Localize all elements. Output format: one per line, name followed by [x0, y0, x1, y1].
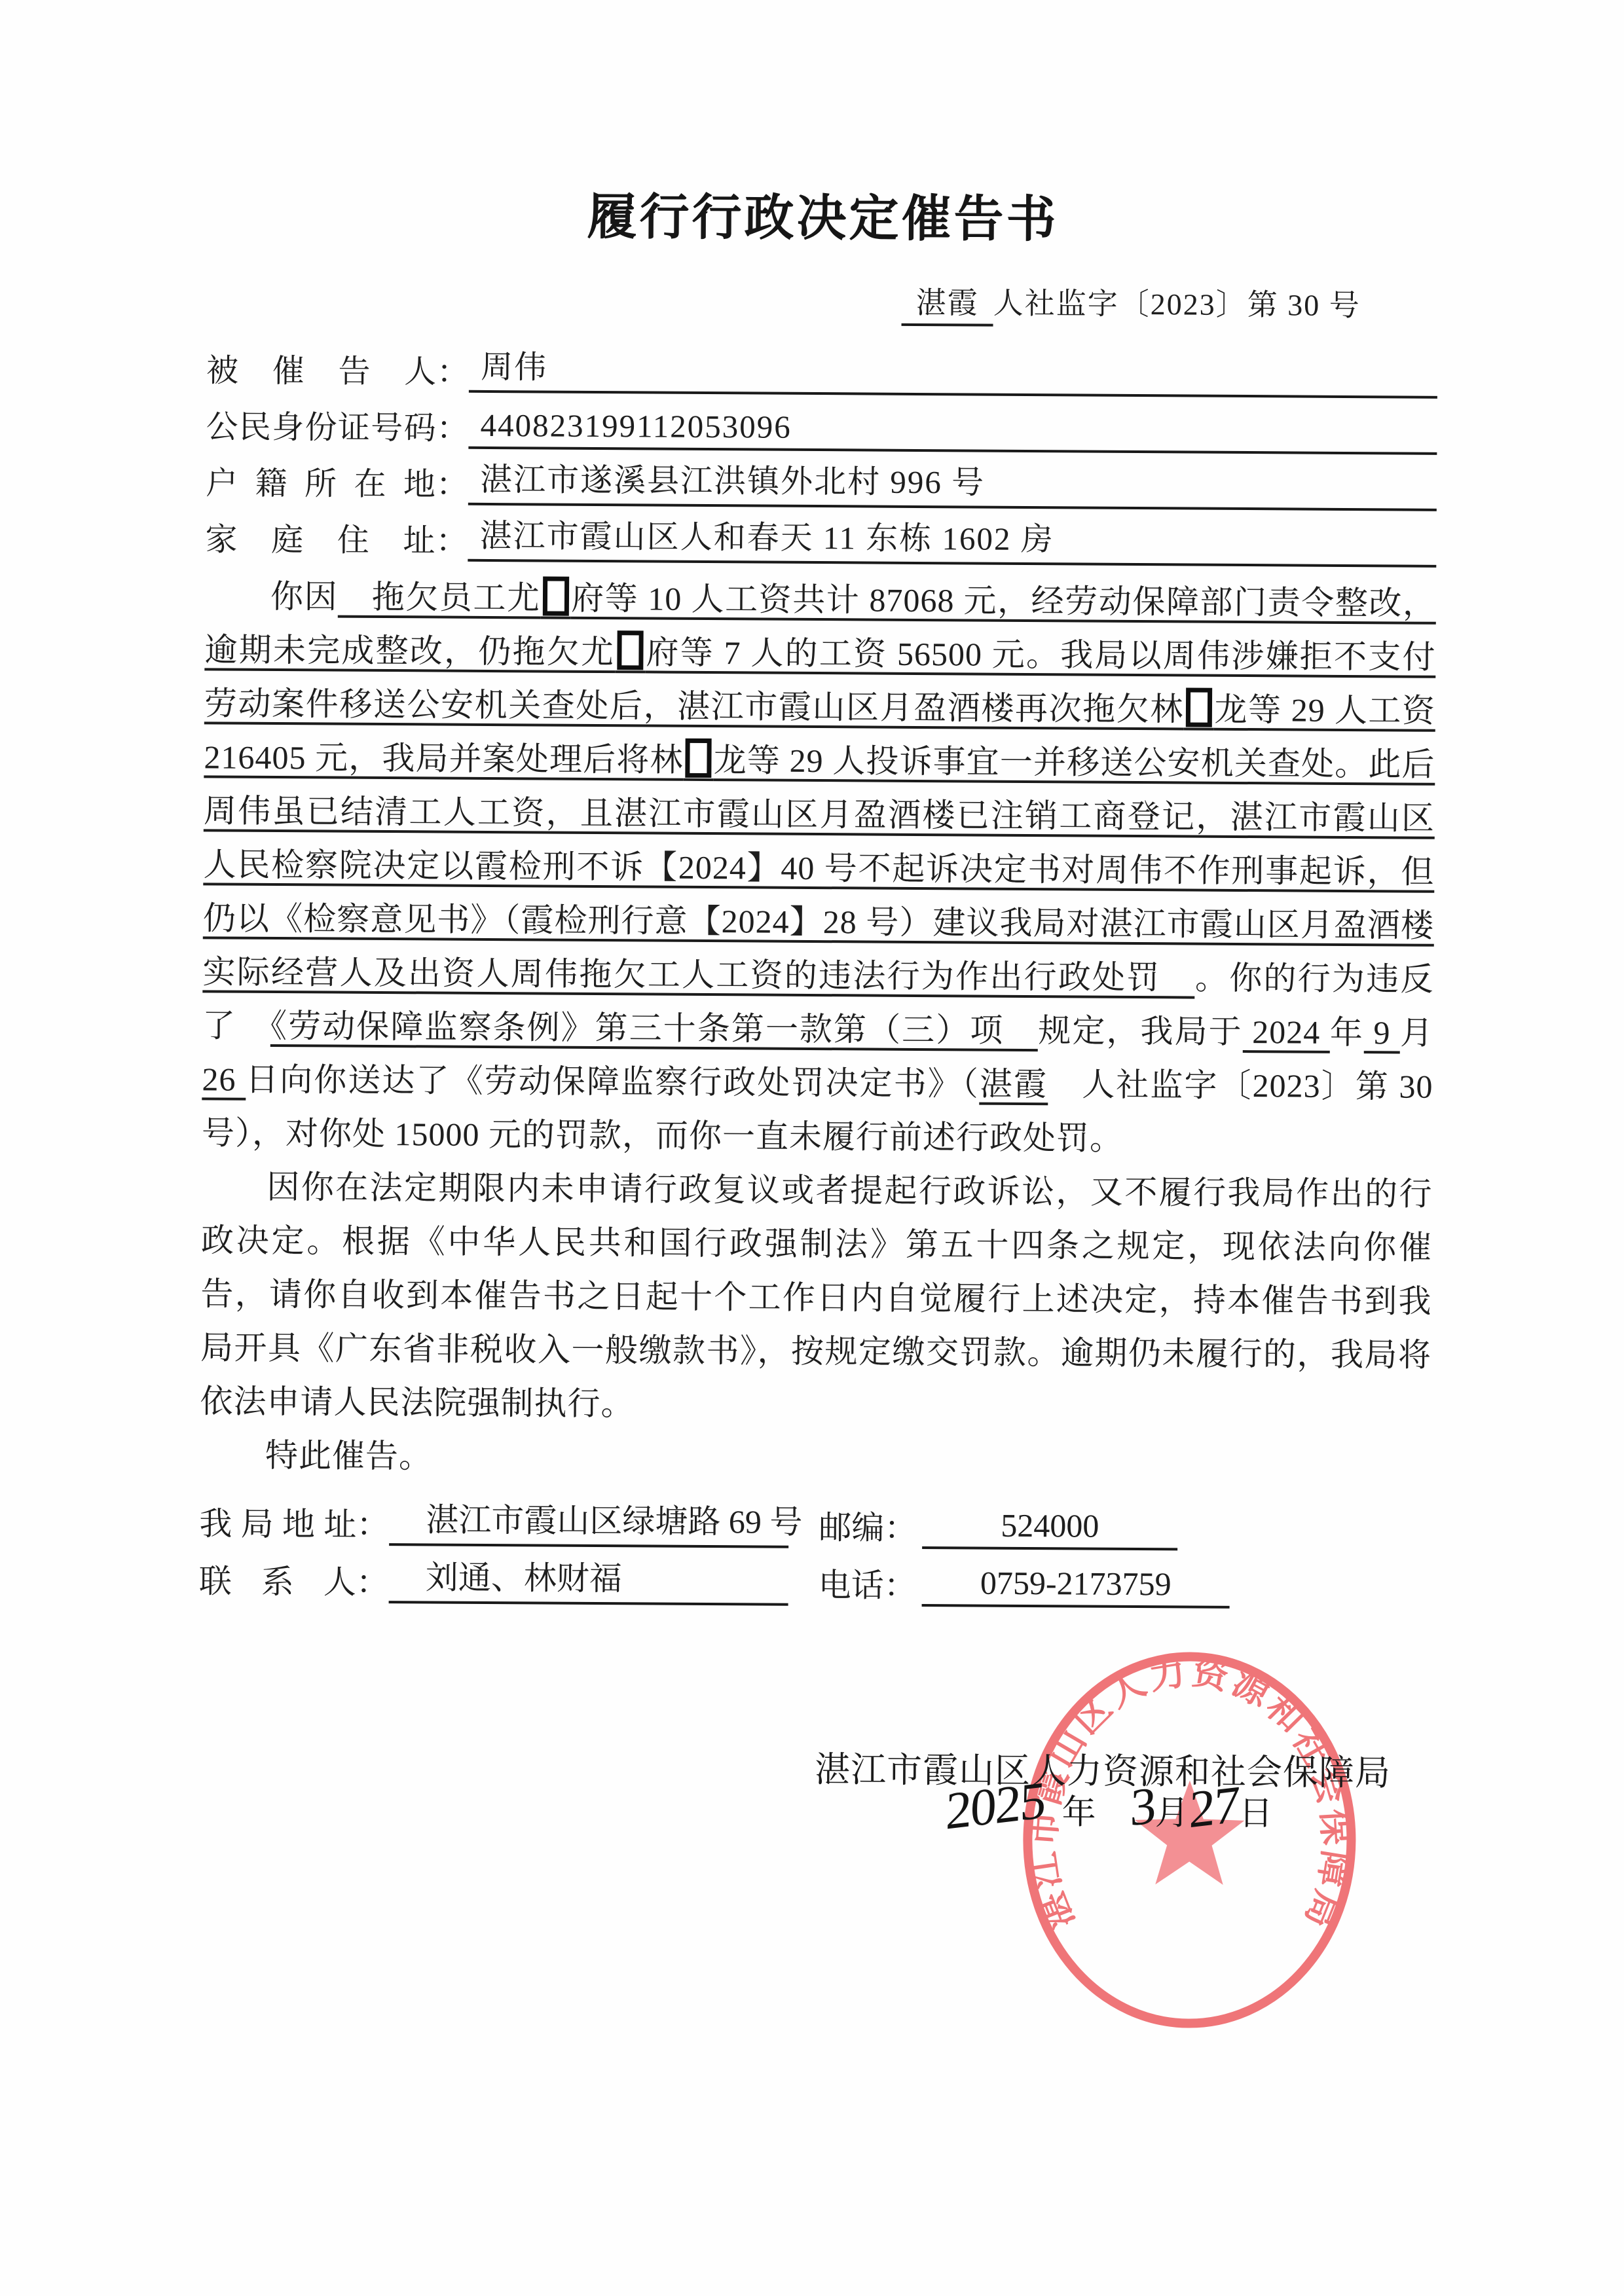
field-row-registered-residence: 户籍所在地： 湛江市遂溪县江洪镇外北村 996 号: [206, 447, 1437, 511]
underlined-text: 2024: [1243, 1013, 1330, 1053]
scanned-sheet: 履行行政决定催告书 湛霞人社监字〔2023〕第 30 号 被催告人： 周伟 公民…: [0, 0, 1624, 2296]
contact-person-label: 联系人: [199, 1555, 356, 1603]
field-label: 公民身份证号码: [206, 401, 436, 448]
handwritten-day: 27: [1189, 1781, 1239, 1833]
plain-text: 年: [1330, 1014, 1364, 1051]
field-colon: ：: [437, 346, 469, 392]
contact-block: 我局地址： 湛江市霞山区绿塘路 69 号 邮编： 524000 联系人： 刘通、…: [199, 1487, 1431, 1609]
contact-person-row: 联系人： 刘通、林财福 电话： 0759-2173759: [199, 1544, 1431, 1609]
postcode-value: 524000: [922, 1506, 1177, 1550]
closing-statement: 特此催告。: [200, 1428, 1431, 1489]
plain-text: 日向你送达了《劳动保障监察行政处罚决定书》（: [246, 1061, 980, 1102]
field-row-home-address: 家庭住址： 湛江市霞山区人和春天 11 东栋 1602 房: [205, 503, 1436, 567]
redaction-box: [542, 576, 568, 615]
phone-value: 0759-2173759: [922, 1563, 1230, 1609]
official-seal: 湛江市霞山区人力资源和社会保障局: [1015, 1646, 1365, 2041]
office-address-row: 我局地址： 湛江市霞山区绿塘路 69 号 邮编： 524000: [199, 1487, 1431, 1552]
document-number-rest: 人社监字〔2023〕第 30 号: [993, 287, 1361, 322]
field-colon: ：: [435, 515, 468, 561]
document-number-prefix: 湛霞: [902, 286, 993, 327]
plain-text: 规定，我局于: [1038, 1012, 1243, 1050]
contact-person-colon: ：: [356, 1556, 389, 1603]
document-title: 履行行政决定催告书: [207, 174, 1439, 253]
field-label: 户籍所在地: [206, 458, 436, 505]
handwritten-month: 3: [1130, 1783, 1155, 1832]
phone-label: 电话：: [788, 1559, 922, 1607]
plain-text: 你因: [270, 578, 338, 615]
office-address-value: 湛江市霞山区绿塘路 69 号: [389, 1493, 788, 1548]
underlined-text: 《劳动保障监察条例》第三十条第一款第（三）项: [270, 1008, 1039, 1051]
redacted-text: [683, 742, 713, 781]
redacted-text: [1184, 691, 1214, 730]
redaction-box: [617, 630, 643, 670]
document-number: 湛霞人社监字〔2023〕第 30 号: [207, 274, 1438, 325]
redacted-text: [615, 634, 645, 673]
postcode-label: 邮编：: [788, 1501, 922, 1549]
field-label: 家庭住址: [205, 514, 435, 561]
redacted-text: [540, 579, 570, 619]
month-suffix: 月: [1154, 1785, 1189, 1834]
field-value-recipient: 周伟: [469, 342, 1437, 399]
contact-person-value: 刘通、林财福: [389, 1551, 788, 1606]
field-label: 被催告人: [206, 345, 437, 392]
field-value-id-number: 440823199112053096: [468, 407, 1437, 455]
field-row-id-number: 公民身份证号码： 440823199112053096: [206, 391, 1437, 454]
field-value-registered-residence: 湛江市遂溪县江洪镇外北村 996 号: [468, 454, 1437, 511]
redaction-box: [1186, 687, 1212, 727]
signature-date: 2025年3月27日: [945, 1783, 1273, 1834]
year-suffix: 年: [1061, 1784, 1096, 1833]
office-address-colon: ：: [356, 1499, 389, 1546]
document-body: 你因 拖欠员工尤府等 10 人工资共计 87068 元，经劳动保障部门责令整改，…: [200, 569, 1436, 1489]
body-paragraph-2: 因你在法定期限内未申请行政复议或者提起行政诉讼，又不履行我局作出的行政决定。根据…: [200, 1159, 1432, 1435]
redaction-box: [685, 738, 711, 778]
day-suffix: 日: [1238, 1785, 1272, 1834]
underlined-text: 湛霞: [980, 1066, 1048, 1106]
field-colon: ：: [436, 403, 468, 448]
field-row-recipient: 被催告人： 周伟: [206, 335, 1437, 398]
body-paragraph-1: 你因 拖欠员工尤府等 10 人工资共计 87068 元，经劳动保障部门责令整改，…: [202, 569, 1436, 1167]
underlined-text: 9: [1364, 1014, 1400, 1053]
underlined-text: 拖欠员工尤: [338, 579, 541, 619]
field-colon: ：: [436, 459, 468, 505]
handwritten-year: 2025: [945, 1777, 1045, 1835]
plain-text: 月: [1400, 1014, 1433, 1051]
field-value-home-address: 湛江市霞山区人和春天 11 东栋 1602 房: [468, 511, 1436, 568]
document-page: 履行行政决定催告书 湛霞人社监字〔2023〕第 30 号 被催告人： 周伟 公民…: [0, 0, 1624, 2296]
office-address-label: 我局地址: [199, 1497, 356, 1545]
party-fields: 被催告人： 周伟 公民身份证号码： 440823199112053096 户籍所…: [205, 335, 1437, 567]
